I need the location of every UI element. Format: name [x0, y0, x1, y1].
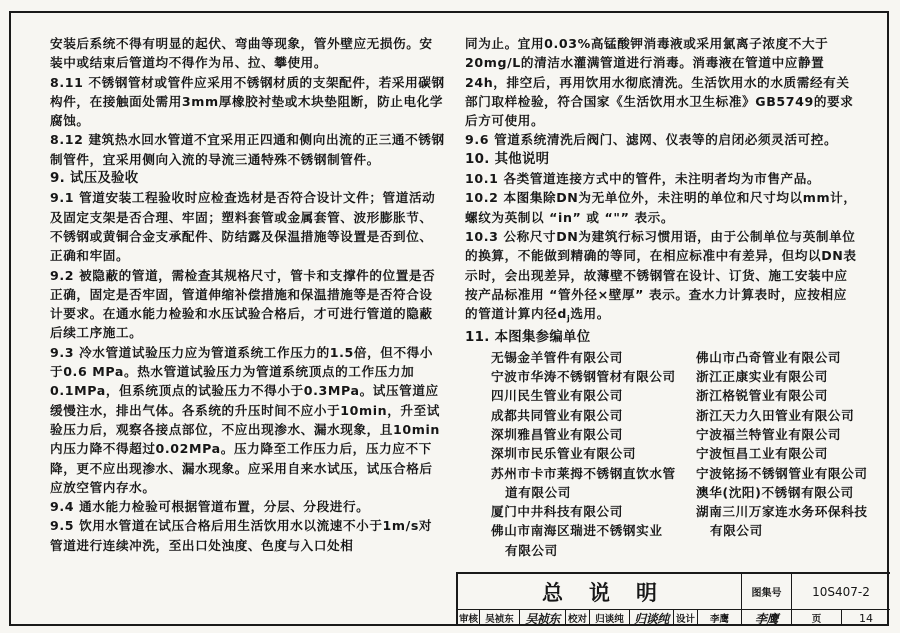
unit-item — [696, 541, 886, 560]
unit-item: 有限公司 — [696, 521, 886, 540]
paragraph-10-2: 10.2 本图集除DN为无单位外，未注明的单位和尺寸均以mm计，螺纹为英制以 “… — [465, 188, 860, 227]
paragraph-9-1: 9.1 管道安装工程验收时应检查选材是否符合设计文件；管道活动及固定支架是否合理… — [50, 188, 445, 265]
reviewer-signature: 吴祯东 — [520, 610, 566, 626]
reviewer-name: 吴祯东 — [480, 610, 520, 626]
unit-item: 无锡金羊管件有限公司 — [491, 348, 696, 367]
designer-signature: 李鹰 — [742, 610, 792, 626]
page-number: 14 — [842, 610, 890, 626]
design-label: 设计 — [674, 610, 698, 626]
unit-item: 深圳雅昌管业有限公司 — [491, 425, 696, 444]
unit-item: 有限公司 — [491, 541, 696, 560]
unit-item: 四川民生管业有限公司 — [491, 386, 696, 405]
atlas-number-label: 图集号 — [742, 574, 792, 609]
paragraph-9-2: 9.2 被隐蔽的管道，需检查其规格尺寸，管卡和支撑件的位置是否正确，固定是否牢固… — [50, 266, 445, 343]
review-label: 审核 — [458, 610, 480, 626]
left-text-column: 安装后系统不得有明显的起伏、弯曲等现象，管外壁应无损伤。安装中或结束后管道均不得… — [50, 34, 445, 555]
paragraph-10-3: 10.3 公称尺寸DN为建筑行标习惯用语，由于公制单位与英制单位的换算，不能做到… — [465, 227, 860, 328]
title-block: 总说明 图集号 10S407-2 审核 吴祯东 吴祯东 校对 归谈纯 归谈纯 设… — [456, 572, 890, 626]
paragraph-10-1: 10.1 各类管道连接方式中的管件，未注明者均为市售产品。 — [465, 169, 860, 188]
unit-item: 道有限公司 — [491, 483, 696, 502]
participating-units-list: 无锡金羊管件有限公司 佛山市凸奇管业有限公司 宁波市华涛不锈钢管材有限公司 浙江… — [491, 348, 860, 560]
title-block-row-1: 总说明 图集号 10S407-2 — [458, 574, 890, 610]
unit-item: 宁波铭扬不锈钢管业有限公司 — [696, 464, 886, 483]
check-label: 校对 — [566, 610, 590, 626]
paragraph-8-11: 8.11 不锈钢管材或管件应采用不锈钢材质的支架配件，若采用碳钢构件，在接触面处… — [50, 73, 445, 131]
paragraph-8-12: 8.12 建筑热水回水管道不宜采用正四通和侧向出流的正三通不锈钢制管件，宜采用侧… — [50, 130, 445, 169]
unit-item: 苏州市卡市莱拇不锈钢直饮水管 — [491, 464, 696, 483]
page-label: 页 — [792, 610, 842, 626]
unit-item: 佛山市凸奇管业有限公司 — [696, 348, 886, 367]
right-text-column: 同为止。宜用0.03%高锰酸钾消毒液或采用氯离子浓度不大于20mg/L的清洁水灌… — [465, 34, 860, 560]
designer-name: 李鹰 — [698, 610, 742, 626]
unit-item: 厦门中井科技有限公司 — [491, 502, 696, 521]
unit-item: 宁波恒昌工业有限公司 — [696, 444, 886, 463]
unit-item: 浙江天力久田管业有限公司 — [696, 406, 886, 425]
unit-item: 成都共同管业有限公司 — [491, 406, 696, 425]
unit-item: 澳华(沈阳)不锈钢有限公司 — [696, 483, 886, 502]
paragraph-9-6: 9.6 管道系统清洗后阀门、滤网、仪表等的启闭必须灵活可控。 — [465, 130, 860, 149]
unit-item: 佛山市南海区瑞进不锈钢实业 — [491, 521, 696, 540]
checker-name: 归谈纯 — [590, 610, 630, 626]
paragraph-9-5-cont: 同为止。宜用0.03%高锰酸钾消毒液或采用氯离子浓度不大于20mg/L的清洁水灌… — [465, 34, 860, 130]
unit-item: 宁波福兰特管业有限公司 — [696, 425, 886, 444]
heading-section-11: 11. 本图集参编单位 — [465, 328, 860, 347]
unit-item: 宁波市华涛不锈钢管材有限公司 — [491, 367, 696, 386]
checker-signature: 归谈纯 — [630, 610, 674, 626]
title-block-row-2: 审核 吴祯东 吴祯东 校对 归谈纯 归谈纯 设计 李鹰 李鹰 页 14 — [458, 610, 890, 626]
paragraph-8-10-cont: 安装后系统不得有明显的起伏、弯曲等现象，管外壁应无损伤。安装中或结束后管道均不得… — [50, 34, 445, 73]
heading-section-10: 10. 其他说明 — [465, 150, 860, 169]
unit-item: 湖南三川万家连水务环保科技 — [696, 502, 886, 521]
drawing-title: 总说明 — [458, 574, 742, 609]
paragraph-9-3: 9.3 冷水管道试验压力应为管道系统工作压力的1.5倍，但不得小于0.6 MPa… — [50, 343, 445, 497]
atlas-number: 10S407-2 — [792, 574, 890, 609]
paragraph-9-4: 9.4 通水能力检验可根据管道布置，分层、分段进行。 — [50, 497, 445, 516]
unit-item: 浙江格锐管业有限公司 — [696, 386, 886, 405]
unit-item: 浙江正康实业有限公司 — [696, 367, 886, 386]
heading-section-9: 9. 试压及验收 — [50, 169, 445, 188]
paragraph-9-5: 9.5 饮用水管道在试压合格后用生活饮用水以流速不小于1m/s对管道进行连续冲洗… — [50, 516, 445, 555]
unit-item: 深圳市民乐管业有限公司 — [491, 444, 696, 463]
